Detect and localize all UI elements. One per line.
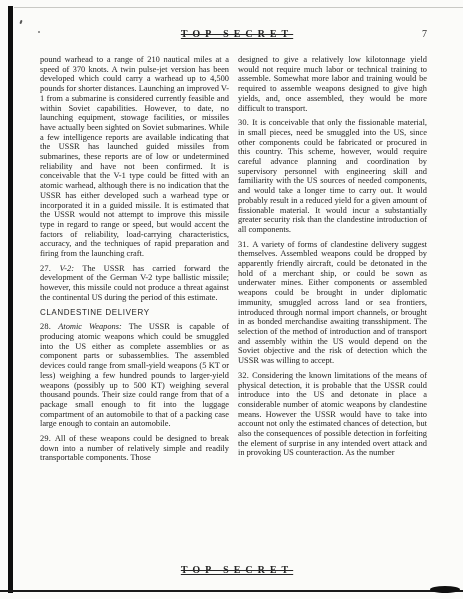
paragraph: 32. Considering the known limitations of… bbox=[238, 371, 427, 458]
paragraph-lead: V-2: bbox=[60, 264, 83, 273]
paragraph: 29. All of these weapons could be design… bbox=[40, 434, 229, 463]
scan-blob bbox=[430, 586, 460, 593]
paragraph-number: 31. bbox=[238, 240, 252, 249]
scan-edge-bar bbox=[8, 6, 13, 593]
paragraph: 28. Atomic Weapons: The USSR is capable … bbox=[40, 322, 229, 429]
paragraph-number: 29. bbox=[40, 434, 55, 443]
paragraph-number: 32. bbox=[238, 371, 252, 380]
paragraph-number: 27. bbox=[40, 264, 60, 273]
paragraph: pound warhead to a range of 210 nautical… bbox=[40, 55, 229, 259]
classification-header: TOP SECRET bbox=[181, 29, 293, 40]
section-heading: CLANDESTINE DELIVERY bbox=[40, 308, 229, 318]
classification-footer: TOP SECRET bbox=[181, 565, 293, 576]
paragraph: 27. V-2: The USSR has carried forward th… bbox=[40, 264, 229, 303]
scan-speckle bbox=[38, 31, 40, 33]
left-column: pound warhead to a range of 210 nautical… bbox=[40, 55, 229, 468]
page-number: 7 bbox=[422, 29, 427, 40]
paragraph: designed to give a relatively low kiloto… bbox=[238, 55, 427, 113]
paragraph-number: 28. bbox=[40, 322, 58, 331]
right-column: designed to give a relatively low kiloto… bbox=[238, 55, 427, 468]
paragraph-number: 30. bbox=[238, 118, 252, 127]
paragraph: 31. A variety of forms of clandestine de… bbox=[238, 240, 427, 366]
scan-speckle bbox=[19, 20, 22, 24]
paragraph-lead: Atomic Weapons: bbox=[58, 322, 129, 331]
top-scan-line bbox=[14, 7, 463, 8]
document-page: TOP SECRET 7 pound warhead to a range of… bbox=[0, 0, 463, 599]
paragraph: 30. It is conceivable that only the fiss… bbox=[238, 118, 427, 234]
text-columns: pound warhead to a range of 210 nautical… bbox=[40, 55, 427, 468]
bottom-scan-line bbox=[0, 590, 463, 592]
